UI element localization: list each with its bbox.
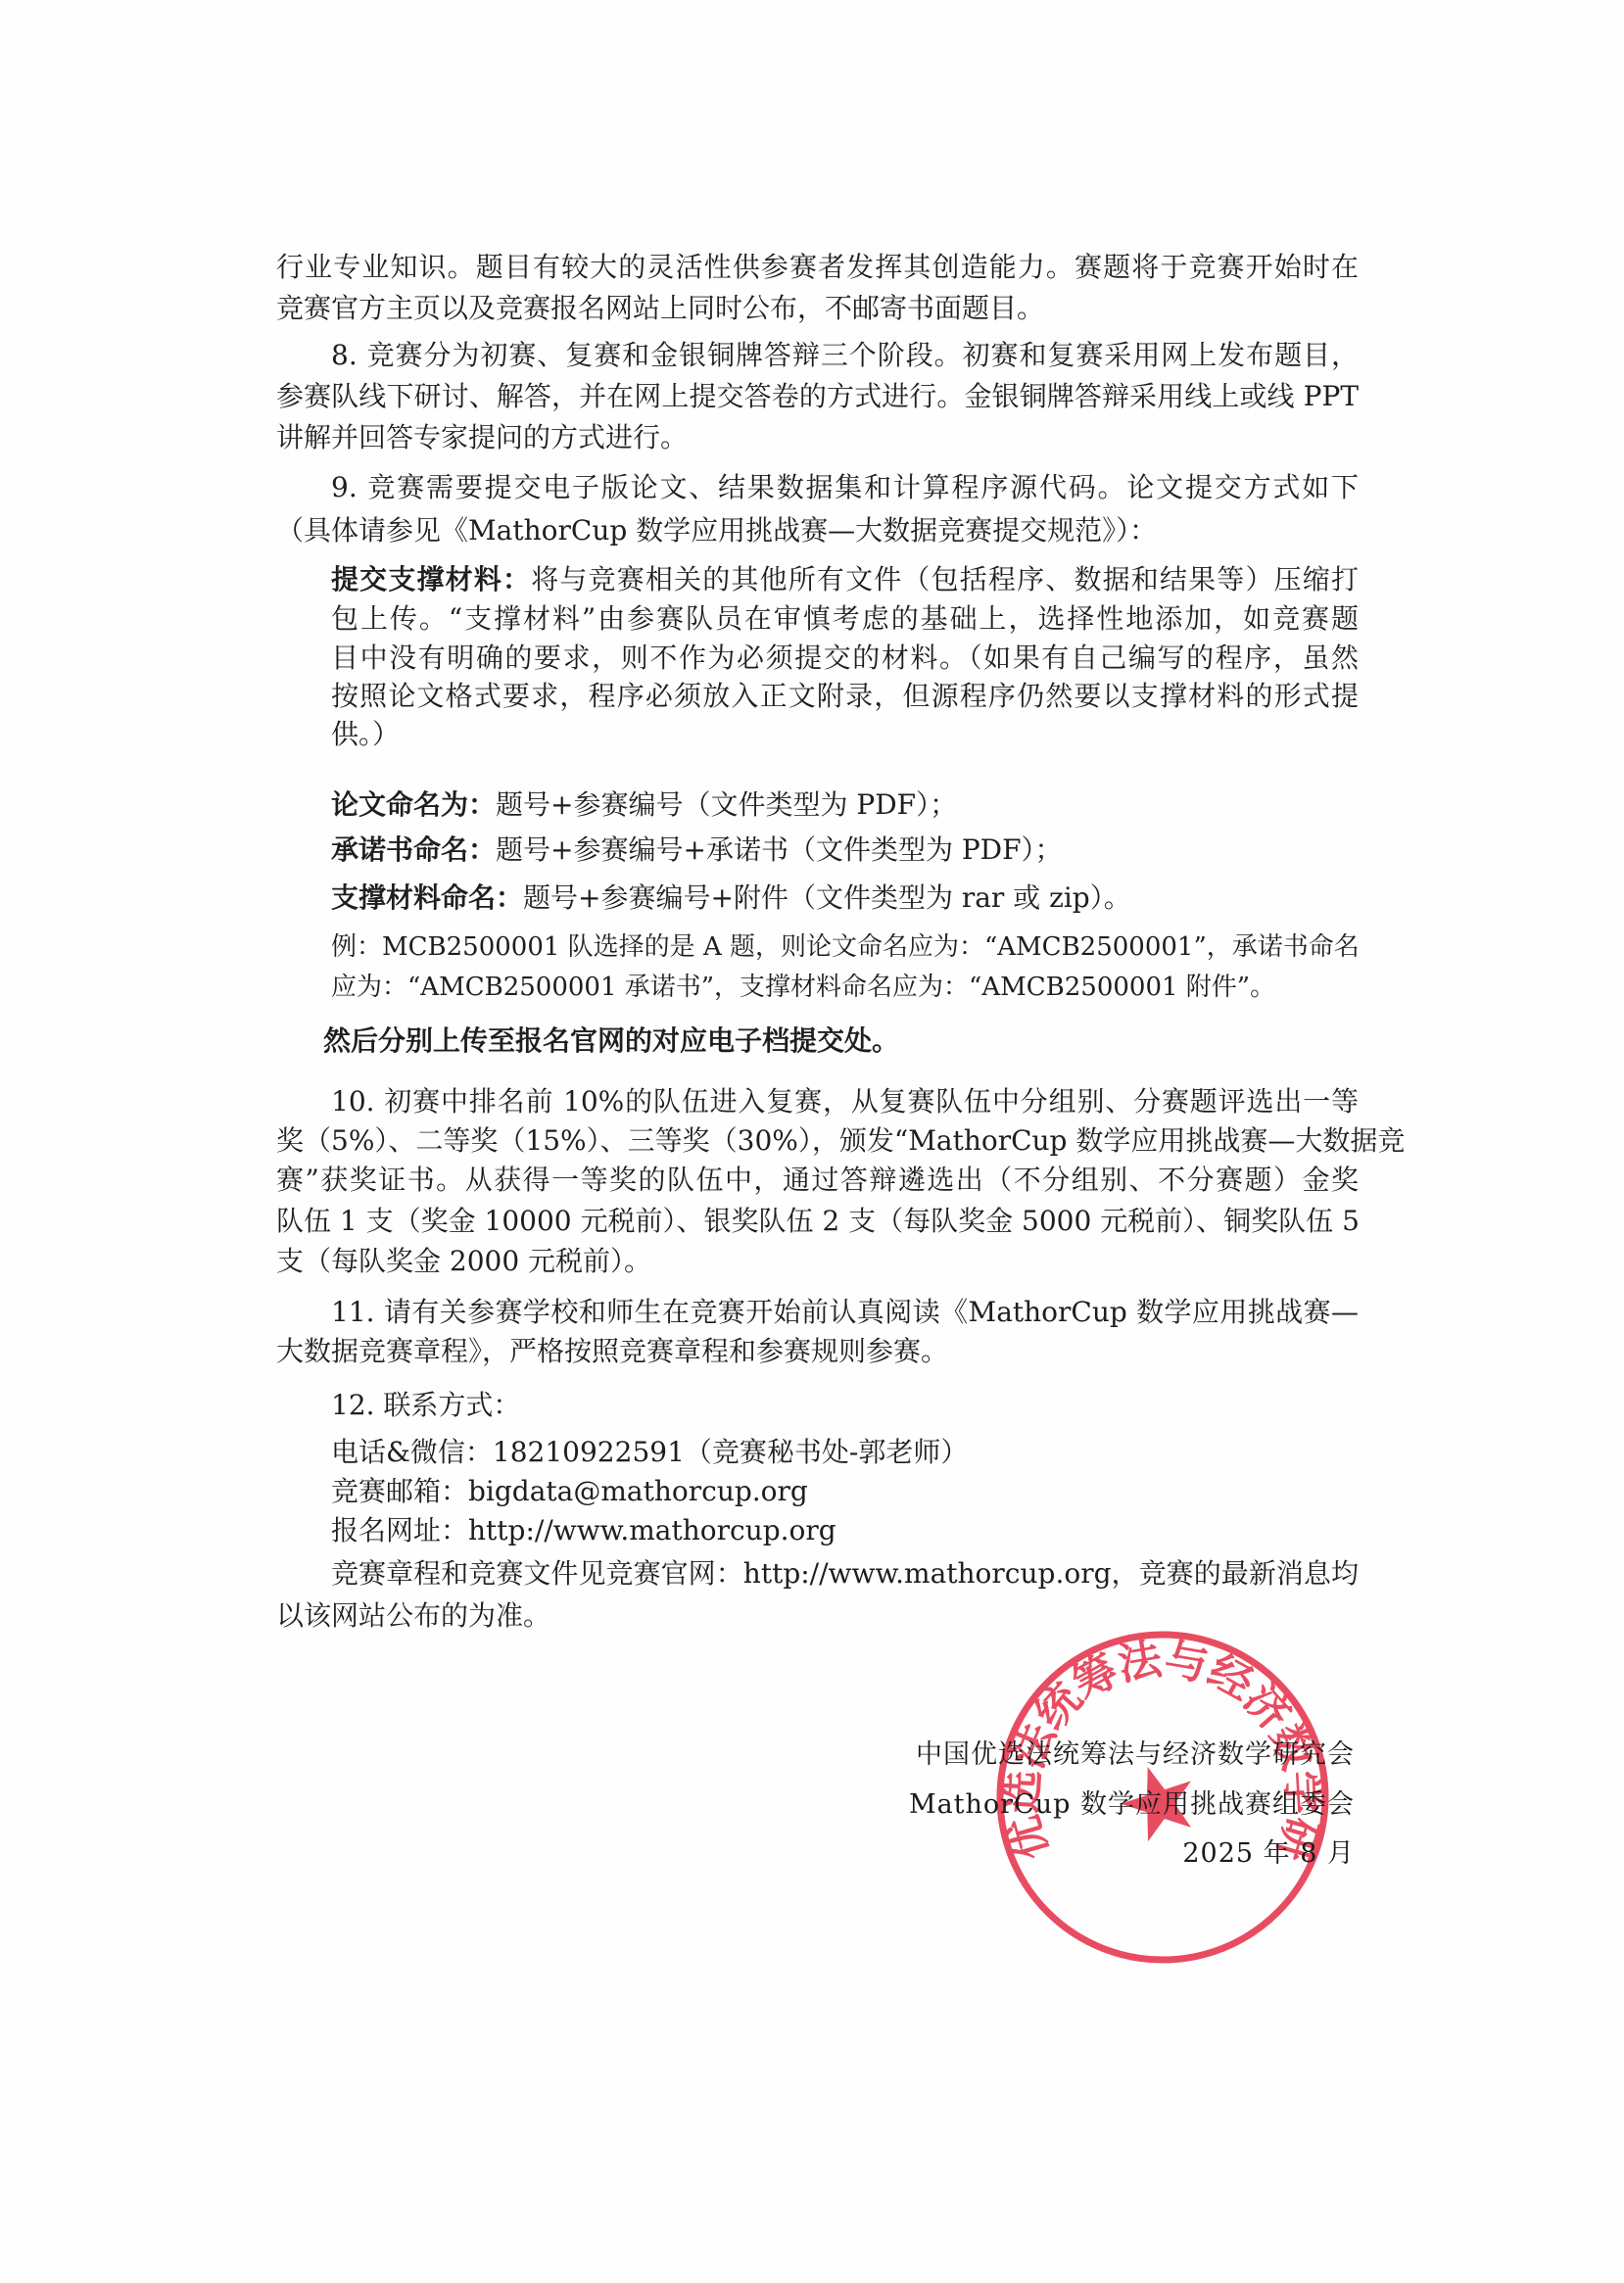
contact-phone: 电话&微信：18210922591（竞赛秘书处-郭老师） bbox=[331, 1432, 1359, 1473]
naming-value: 题号+参赛编号（文件类型为 PDF）； bbox=[496, 788, 957, 821]
support-materials-line: 按照论文格式要求，程序必须放入正文附录，但源程序仍然要以支撑材料的形式提 bbox=[331, 676, 1359, 717]
item-8-line: 8. 竞赛分为初赛、复赛和金银铜牌答辩三个阶段。初赛和复赛采用网上发布题目， bbox=[331, 335, 1359, 376]
example-line: 应为：“AMCB2500001 承诺书”，支撑材料命名应为：“AMCB25000… bbox=[331, 967, 1359, 1008]
item-8-line: 讲解并回答专家提问的方式进行。 bbox=[276, 417, 1359, 458]
item-9-line: 9. 竞赛需要提交电子版论文、结果数据集和计算程序源代码。论文提交方式如下 bbox=[331, 467, 1359, 508]
support-materials-text: 将与竞赛相关的其他所有文件（包括程序、数据和结果等）压缩打 bbox=[531, 563, 1359, 595]
naming-rule-commitment: 承诺书命名：题号+参赛编号+承诺书（文件类型为 PDF）； bbox=[331, 830, 1359, 871]
item-10-line: 赛”获奖证书。从获得一等奖的队伍中，通过答辩遴选出（不分组别、不分赛题）金奖 bbox=[276, 1160, 1359, 1201]
item-9-line: （具体请参见《MathorCup 数学应用挑战赛—大数据竞赛提交规范》）： bbox=[276, 510, 1359, 551]
item-11-line: 11. 请有关参赛学校和师生在竞赛开始前认真阅读《MathorCup 数学应用挑… bbox=[331, 1292, 1359, 1333]
contact-notice-line: 竞赛章程和竞赛文件见竞赛官网：http://www.mathorcup.org，… bbox=[331, 1553, 1359, 1594]
naming-label: 支撑材料命名： bbox=[331, 881, 523, 914]
support-materials-line: 目中没有明确的要求，则不作为必须提交的材料。（如果有自己编写的程序，虽然 bbox=[331, 638, 1359, 679]
item-11-line: 大数据竞赛章程》，严格按照竞赛章程和参赛规则参赛。 bbox=[276, 1331, 1359, 1372]
signature-committee: MathorCup 数学应用挑战赛组委会 bbox=[909, 1784, 1355, 1827]
item-10-line: 奖（5%）、二等奖（15%）、三等奖（30%），颁发“MathorCup 数学应… bbox=[276, 1120, 1359, 1162]
support-materials-label: 提交支撑材料： bbox=[331, 563, 531, 595]
naming-value: 题号+参赛编号+承诺书（文件类型为 PDF）； bbox=[496, 833, 1063, 866]
naming-label: 承诺书命名： bbox=[331, 833, 496, 866]
naming-rule-paper: 论文命名为：题号+参赛编号（文件类型为 PDF）； bbox=[331, 785, 1359, 826]
upload-note: 然后分别上传至报名官网的对应电子档提交处。 bbox=[323, 1021, 1359, 1062]
signature-date: 2025 年 8 月 bbox=[1182, 1832, 1355, 1876]
support-materials-line: 提交支撑材料：将与竞赛相关的其他所有文件（包括程序、数据和结果等）压缩打 bbox=[331, 559, 1359, 600]
item-10-line: 队伍 1 支（奖金 10000 元税前）、银奖队伍 2 支（每队奖金 5000 … bbox=[276, 1201, 1359, 1242]
item-8-line: 参赛队线下研讨、解答，并在网上提交答卷的方式进行。金银铜牌答辩采用线上或线 PP… bbox=[276, 376, 1359, 417]
paragraph-line: 竞赛官方主页以及竞赛报名网站上同时公布，不邮寄书面题目。 bbox=[276, 288, 1359, 329]
item-10-line: 支（每队奖金 2000 元税前）。 bbox=[276, 1241, 1359, 1282]
naming-value: 题号+参赛编号+附件（文件类型为 rar 或 zip）。 bbox=[523, 881, 1131, 914]
item-12-heading: 12. 联系方式： bbox=[331, 1385, 1359, 1426]
support-materials-line: 包上传。“支撑材料”由参赛队员在审慎考虑的基础上，选择性地添加，如竞赛题 bbox=[331, 598, 1359, 640]
contact-email: 竞赛邮箱：bigdata@mathorcup.org bbox=[331, 1471, 1359, 1512]
contact-website: 报名网址：http://www.mathorcup.org bbox=[331, 1510, 1359, 1551]
support-materials-line: 供。） bbox=[331, 714, 1359, 755]
example-line: 例：MCB2500001 队选择的是 A 题，则论文命名应为：“AMCB2500… bbox=[331, 927, 1359, 968]
naming-rule-support: 支撑材料命名：题号+参赛编号+附件（文件类型为 rar 或 zip）。 bbox=[331, 878, 1359, 919]
naming-label: 论文命名为： bbox=[331, 788, 496, 821]
item-10-line: 10. 初赛中排名前 10%的队伍进入复赛，从复赛队伍中分组别、分赛题评选出一等 bbox=[331, 1081, 1359, 1122]
signature-organization: 中国优选法统筹法与经济数学研究会 bbox=[916, 1734, 1355, 1777]
paragraph-line: 行业专业知识。题目有较大的灵活性供参赛者发挥其创造能力。赛题将于竞赛开始时在 bbox=[276, 247, 1359, 288]
document-page: 行业专业知识。题目有较大的灵活性供参赛者发挥其创造能力。赛题将于竞赛开始时在 竞… bbox=[0, 0, 1624, 2283]
